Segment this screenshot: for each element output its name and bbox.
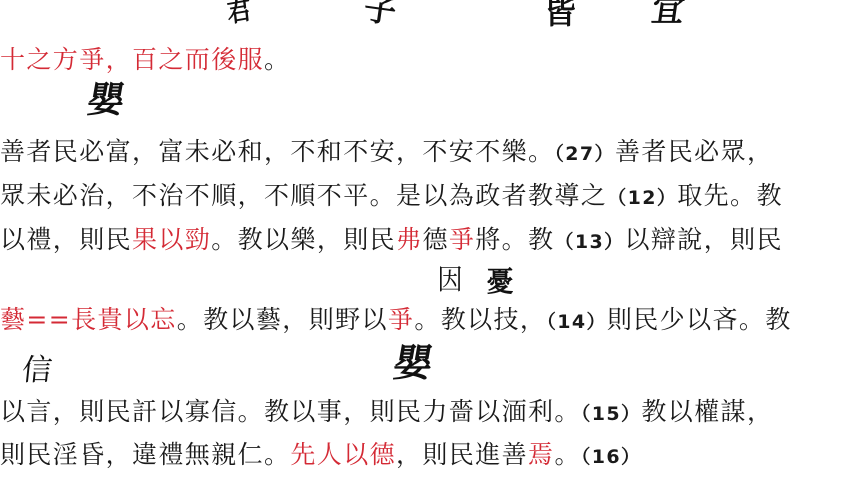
text-segment: 將。教 bbox=[475, 225, 554, 254]
text-segment: 則民淫昏，違禮無親仁。 bbox=[0, 440, 290, 469]
text-segment: 教以權謀， bbox=[641, 397, 773, 426]
seal-glyph-ying: 嬰 bbox=[85, 82, 127, 118]
highlighted-text: 果以勁 bbox=[132, 225, 211, 254]
text-line-6: 以言，則民訐以寡信。教以事，則民力嗇以湎利。（15）教以權謀， bbox=[0, 397, 773, 429]
seal-glyph-2: 子 bbox=[362, 0, 398, 28]
footnote-number: （14） bbox=[546, 311, 607, 333]
text-segment: 。教以樂，則民 bbox=[211, 225, 396, 254]
highlighted-text: 十之方爭，百之而後服 bbox=[0, 45, 264, 74]
text-segment: 德 bbox=[422, 225, 448, 254]
text-segment: 。 bbox=[264, 45, 290, 74]
text-segment: 則民少以吝。教 bbox=[607, 305, 792, 334]
footnote-number: （13） bbox=[554, 231, 624, 253]
text-line-3: 眾未必治，不治不順，不順不平。是以為政者教導之（12）取先。教 bbox=[0, 181, 783, 213]
text-segment: 取先。教 bbox=[677, 181, 783, 210]
seal-glyph-3: 皆 bbox=[544, 0, 576, 28]
text-segment: 。教以藝，則野以 bbox=[177, 305, 388, 334]
seal-glyph-6: 憂 bbox=[487, 268, 514, 296]
highlighted-text: 藝==長貴以忘 bbox=[0, 305, 177, 334]
text-segment: 善者民必眾， bbox=[615, 137, 773, 166]
highlighted-text: 爭 bbox=[449, 225, 475, 254]
text-segment: 以辯說，則民 bbox=[625, 225, 783, 254]
text-segment: 。教以技， bbox=[414, 305, 546, 334]
seal-glyph-8: 嬰 bbox=[391, 344, 436, 382]
text-line-2: 善者民必富，富未必和，不和不安，不安不樂。（27）善者民必眾， bbox=[0, 137, 773, 169]
text-line-4: 以禮，則民果以勁。教以樂，則民弗德爭將。教（13）以辯說，則民 bbox=[0, 225, 783, 257]
text-segment: 。 bbox=[554, 440, 580, 469]
seal-glyph-4: 宜 bbox=[650, 0, 687, 26]
highlighted-text: 先人以德 bbox=[290, 440, 396, 469]
text-segment: 以言，則民訐以寡信。教以事，則民力嗇以湎利。 bbox=[0, 397, 581, 426]
text-line-1: 十之方爭，百之而後服。 bbox=[0, 45, 290, 75]
seal-glyph-5: 因 bbox=[437, 266, 462, 294]
footnote-number: （27） bbox=[554, 143, 615, 165]
highlighted-text: 弗 bbox=[396, 225, 422, 254]
footnote-number: （16） bbox=[581, 446, 642, 468]
text-segment: 以禮，則民 bbox=[0, 225, 132, 254]
highlighted-text: 爭 bbox=[388, 305, 414, 334]
text-segment: 眾未必治，不治不順，不順不平。是以為政者教導之 bbox=[0, 181, 607, 210]
text-segment: 善者民必富，富未必和，不和不安，不安不樂。 bbox=[0, 137, 554, 166]
highlighted-text: 焉 bbox=[528, 440, 554, 469]
seal-glyph-1: 君 bbox=[225, 0, 252, 28]
text-segment: ，則民進善 bbox=[396, 440, 528, 469]
text-line-5: 藝==長貴以忘。教以藝，則野以爭。教以技，（14）則民少以吝。教 bbox=[0, 305, 792, 337]
footnote-number: （15） bbox=[581, 403, 642, 425]
text-line-7: 則民淫昏，違禮無親仁。先人以德，則民進善焉。（16） bbox=[0, 440, 641, 472]
seal-glyph-7: 信 bbox=[20, 356, 53, 386]
footnote-number: （12） bbox=[607, 187, 677, 209]
